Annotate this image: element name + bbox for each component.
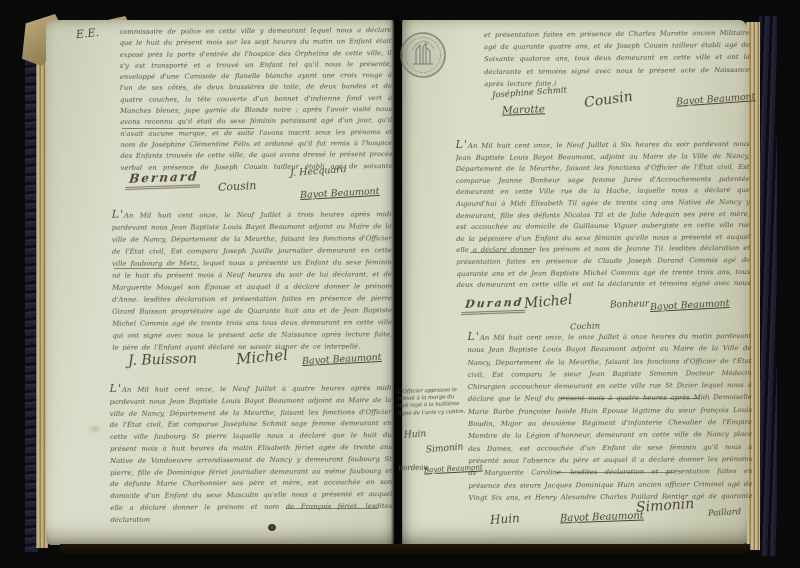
name-underline: [122, 128, 254, 129]
margin-note-text: L'Officier approuve le renvoi à la marge…: [397, 387, 466, 433]
signature: Huin: [490, 511, 521, 527]
name-underline: [560, 398, 700, 399]
signature: Cousin: [218, 179, 257, 194]
name-underline: [114, 268, 200, 269]
signature: Paillard: [708, 507, 742, 519]
act-foundling-text: commissaire de police en cette ville y d…: [119, 25, 392, 173]
act-feriet-continuation-text: et présentation faites en présence de Ch…: [484, 27, 751, 91]
signature: J. Buisson: [128, 351, 198, 369]
act-feriet-text: L'An Mil huit cent onze, le Neuf Juillet…: [110, 381, 393, 523]
binding-bottom-edge: [60, 544, 750, 558]
margin-signature: Huin: [404, 429, 427, 441]
folio-mark: E.E.: [75, 26, 99, 41]
name-underline: [286, 508, 378, 509]
name-underline: [470, 252, 534, 253]
ink-blot: [268, 524, 276, 531]
signature: Marotte: [502, 103, 545, 116]
signature: Bernard: [125, 169, 202, 190]
act-juville-text: L'An Mil huit cent onze, le Neuf Juillet…: [112, 207, 393, 350]
act-boudin-text: L'An Mil huit cent onze, le onze Juillet…: [467, 329, 752, 503]
foxing-stain: [88, 424, 102, 434]
signature: Bonheur: [610, 299, 649, 310]
name-underline: [556, 472, 674, 473]
scanned-register-spread: E.E. commissaire de police en cette vill…: [0, 0, 800, 568]
book-cover-edge-right: [759, 16, 777, 556]
embossed-seal-icon: [399, 30, 447, 80]
signature: Durand: [461, 296, 527, 315]
act-til-text: L'An Mil huit cent onze, le Neuf Juillet…: [455, 137, 750, 291]
